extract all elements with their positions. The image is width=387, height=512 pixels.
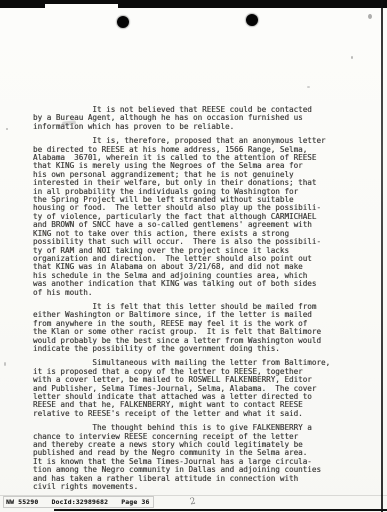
scan-speck [6,128,8,130]
scan-speck [4,362,6,366]
hole-punch-mark [117,16,129,28]
document-body: It is not believed that REESE could be c… [33,106,369,497]
scan-speck [351,56,353,59]
page-number: 2 [189,497,196,508]
scan-speck [368,14,372,19]
page-edge-scan-line [381,0,383,512]
document-paragraph: It is felt that this letter should be ma… [33,303,369,353]
top-redaction-bar-left-segment [0,0,45,8]
document-paragraph: It is, therefore, proposed that an anony… [33,137,369,297]
document-paragraph: It is not believed that REESE could be c… [33,106,369,131]
record-id: NW 55290 [6,498,38,506]
scan-speck [307,86,310,88]
document-paragraph: Simultaneous with mailing the letter fro… [33,359,369,418]
page-label: Page 36 [121,498,149,506]
hole-punch-mark [246,14,258,26]
top-redaction-bar-right-segment [118,0,387,8]
bottom-scan-line [54,509,387,511]
archive-footer-stamp: NW 55290 DocId:32989682 Page 36 [3,496,154,508]
scanned-document-page: It is not believed that REESE could be c… [0,0,387,512]
doc-id: DocId:32989682 [51,498,108,506]
document-paragraph: The thought behind this is to give FALKE… [33,424,369,491]
